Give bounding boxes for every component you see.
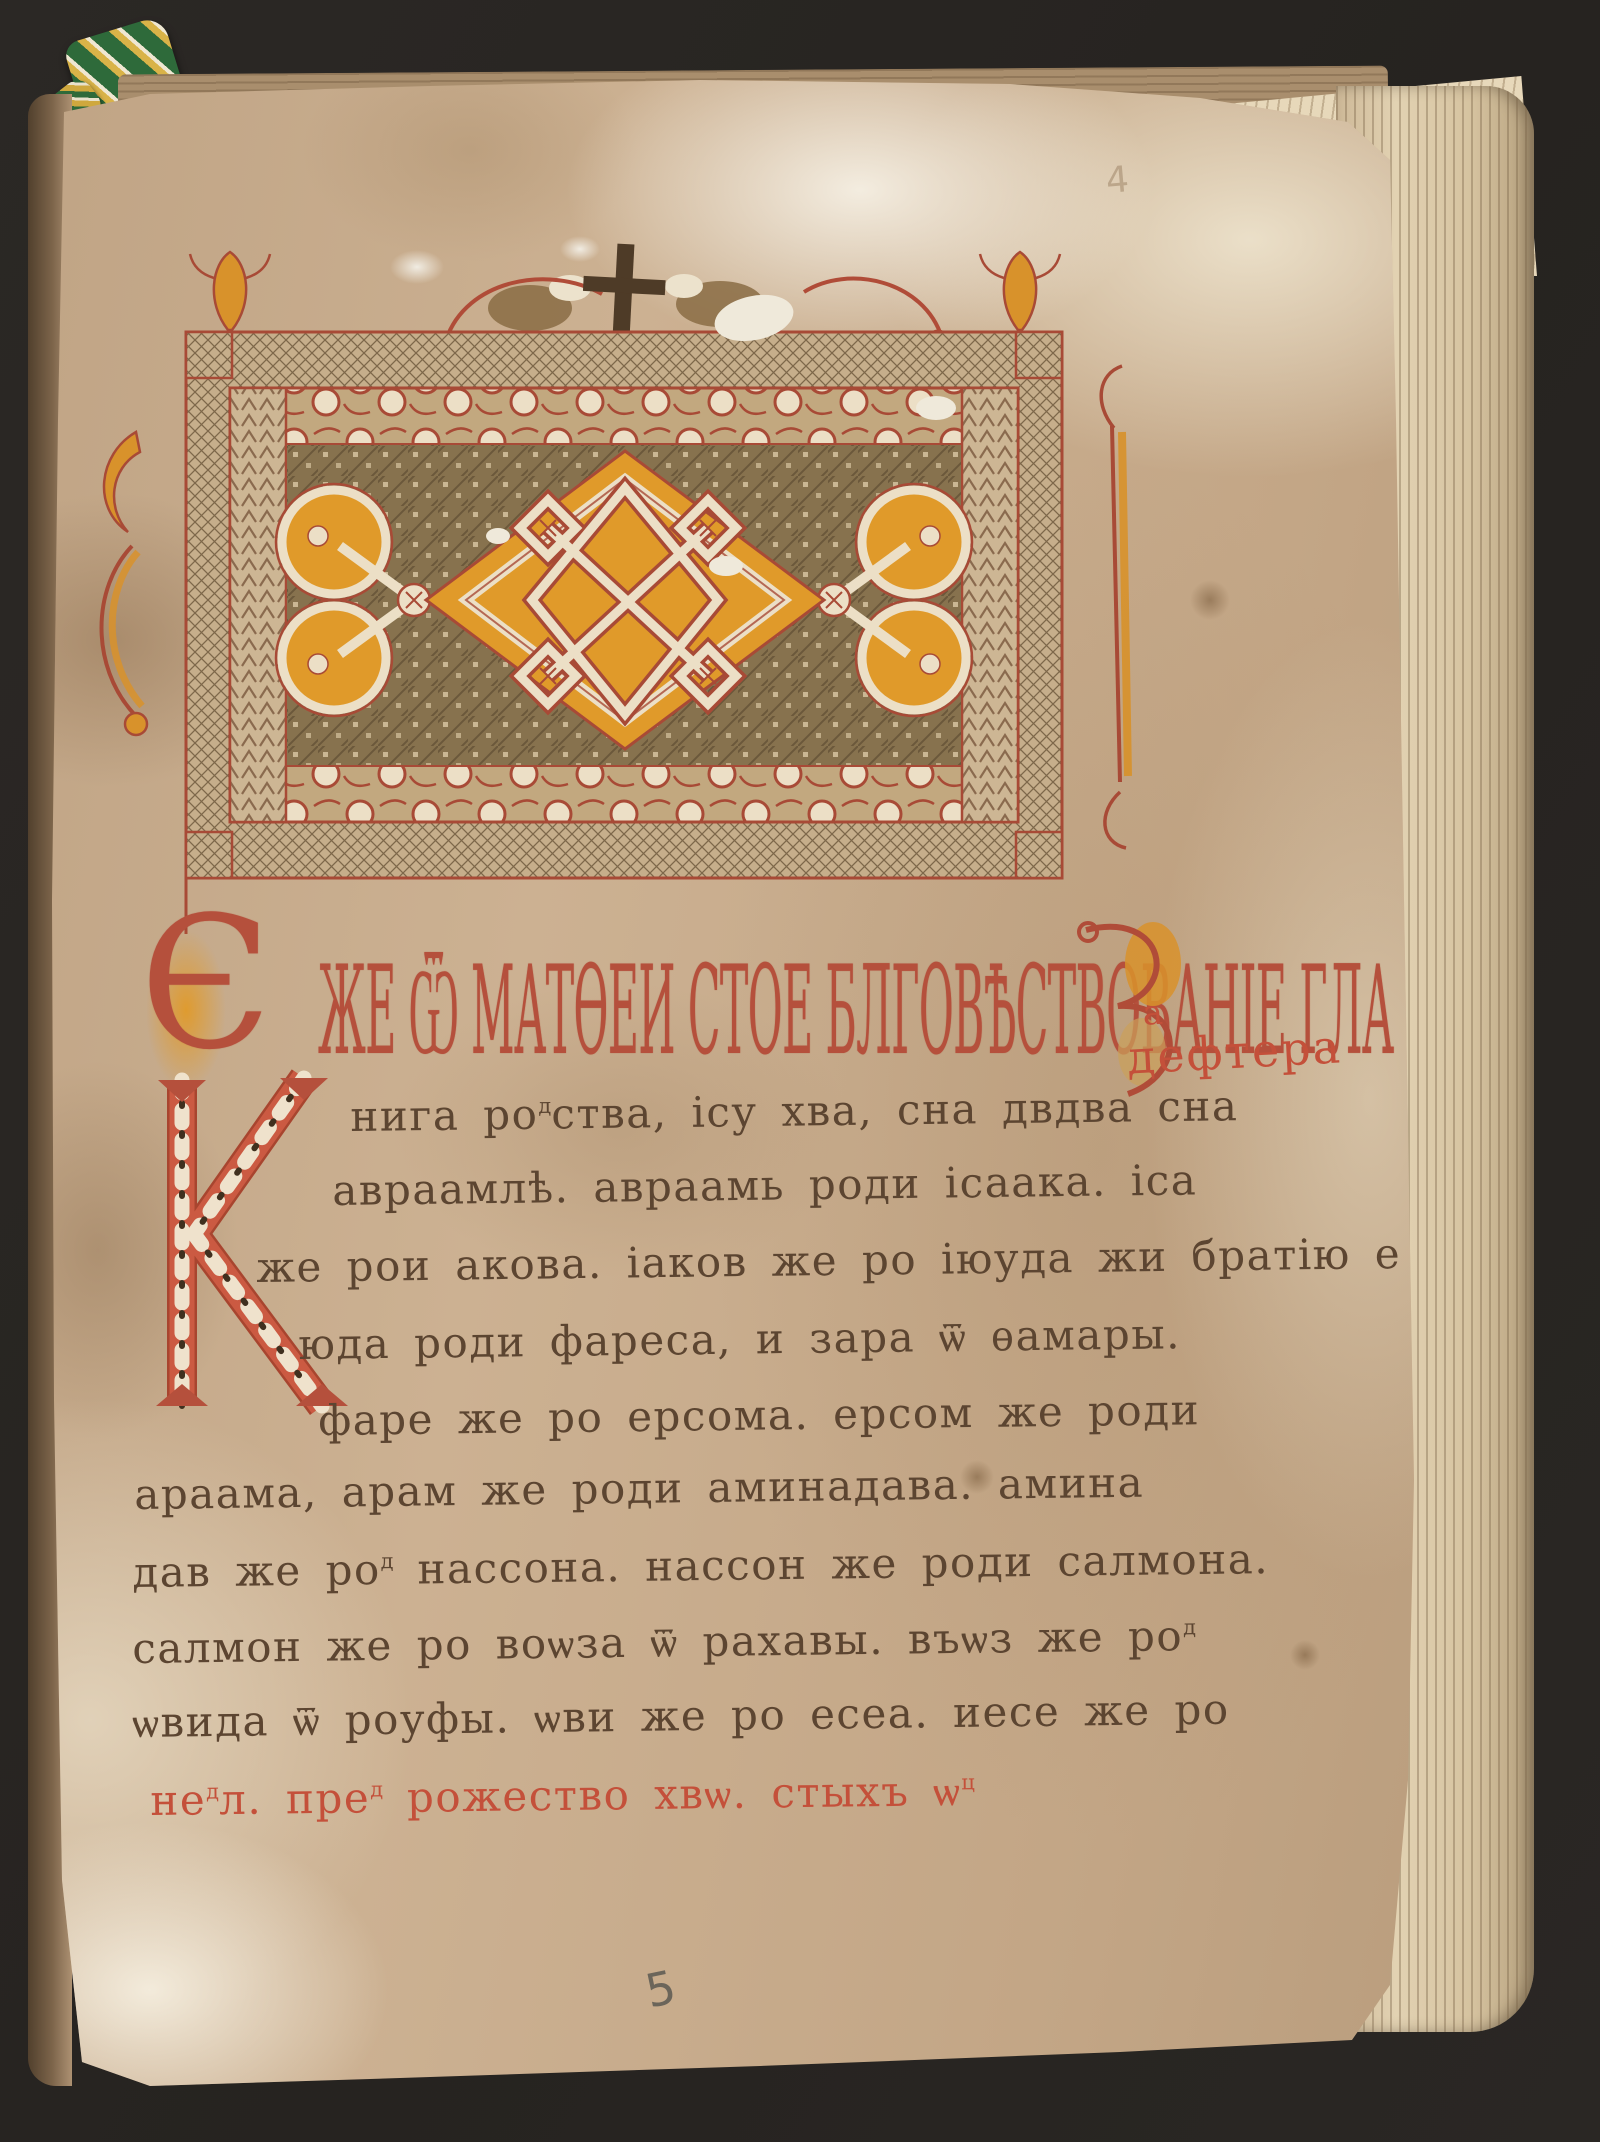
text-line: ѡвида ѿ роуфы. ѡви же ро есеа. иесе же р… (132, 1685, 1230, 1748)
paint-loss-fleck (560, 236, 600, 262)
corner-finial-right (980, 252, 1060, 330)
scroll-pendant-right (1101, 366, 1128, 848)
text-line: авраамлѣ. авраамь роди ісаака. іса (332, 1155, 1198, 1215)
title-initial: Є (140, 893, 272, 1075)
faint-corner-mark: 4 (1104, 159, 1130, 202)
corner-finial-left (190, 252, 270, 330)
stain-spot (1290, 1640, 1320, 1670)
stain-spot (960, 1460, 994, 1494)
paint-loss-fleck (390, 250, 444, 284)
text-line: фаре же ро ерсома. ерсом же роди (318, 1385, 1200, 1445)
page-leaf: Є ЖЕ Ѿ МАТѲЕИ СТОЕ БЛГОВѢСТВОВАНІЕ ГЛА а… (0, 0, 1600, 2142)
text-line: юда роди фареса, и зара ѿ ѳамары. (298, 1309, 1181, 1370)
scroll-pendant-left (102, 432, 148, 735)
margin-note: а дефтера (1124, 988, 1343, 1084)
headpiece-ornament (78, 236, 1188, 936)
text-line: араама, арам же роди аминадава. амина (134, 1458, 1144, 1519)
text-line: нига родства, ісу хва, сна двдва сна (350, 1081, 1239, 1141)
stain-spot (1190, 580, 1230, 620)
text-line: же рои акова. іаков же ро іюуда жи браті… (256, 1229, 1401, 1292)
text-line: салмон же ро воѡза ѿ рахавы. въѡз же род (132, 1611, 1196, 1674)
rubric-line: недл. пред рожество хвѡ. стыхъ ѡц (150, 1766, 975, 1826)
pencil-folio-number: 5 (641, 1960, 681, 2019)
text-line: дав же род нассона. нассон же роди салмо… (132, 1534, 1269, 1597)
margin-note-word: дефтера (1126, 1019, 1344, 1084)
manuscript-photo: Є ЖЕ Ѿ МАТѲЕИ СТОЕ БЛГОВѢСТВОВАНІЕ ГЛА а… (0, 0, 1600, 2142)
